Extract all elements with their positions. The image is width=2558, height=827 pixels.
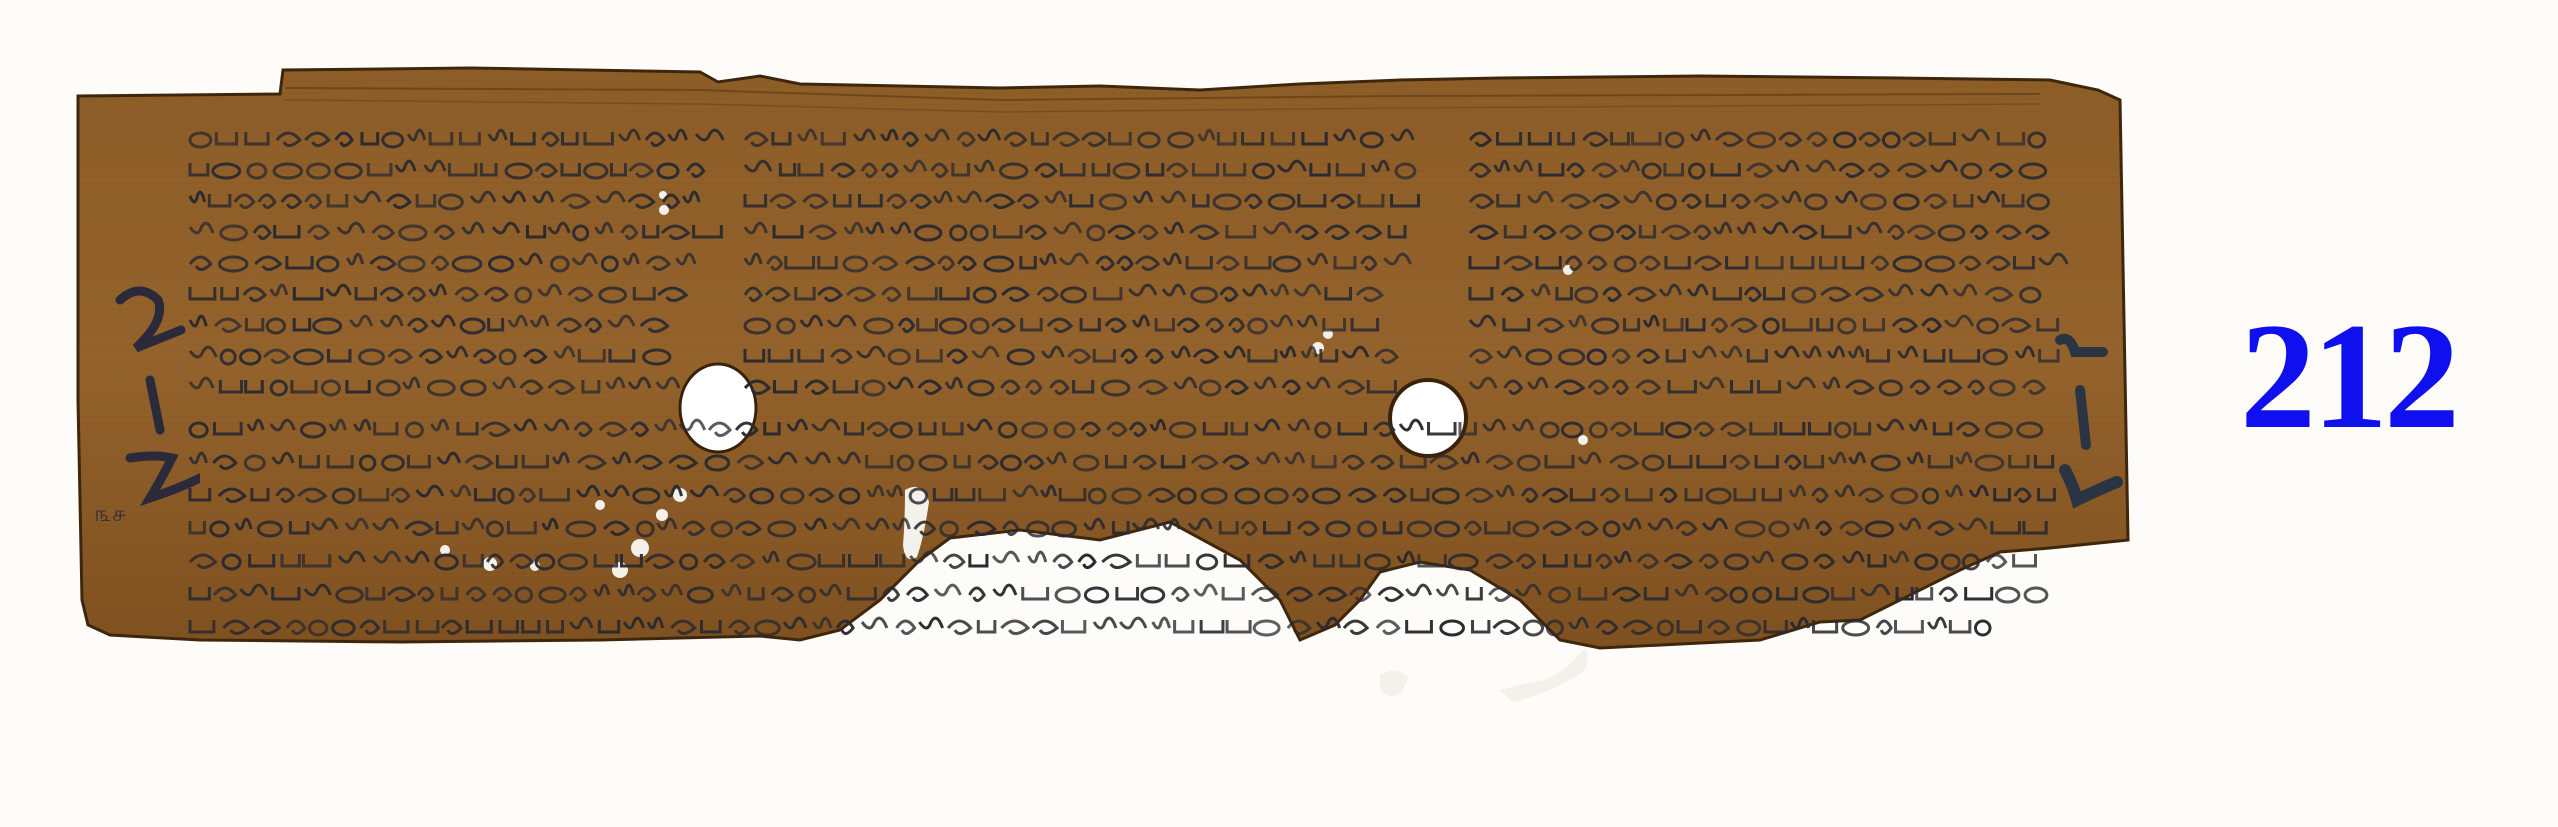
left-margin-small-note: ௩௪ bbox=[95, 502, 126, 530]
ink-strokes bbox=[0, 0, 2558, 827]
page-number: 212 bbox=[2240, 300, 2456, 452]
scan-background: ௩௪ 212 bbox=[0, 0, 2558, 827]
right-margin-folio-mark bbox=[2050, 320, 2130, 520]
left-margin-folio-mark bbox=[90, 280, 200, 520]
